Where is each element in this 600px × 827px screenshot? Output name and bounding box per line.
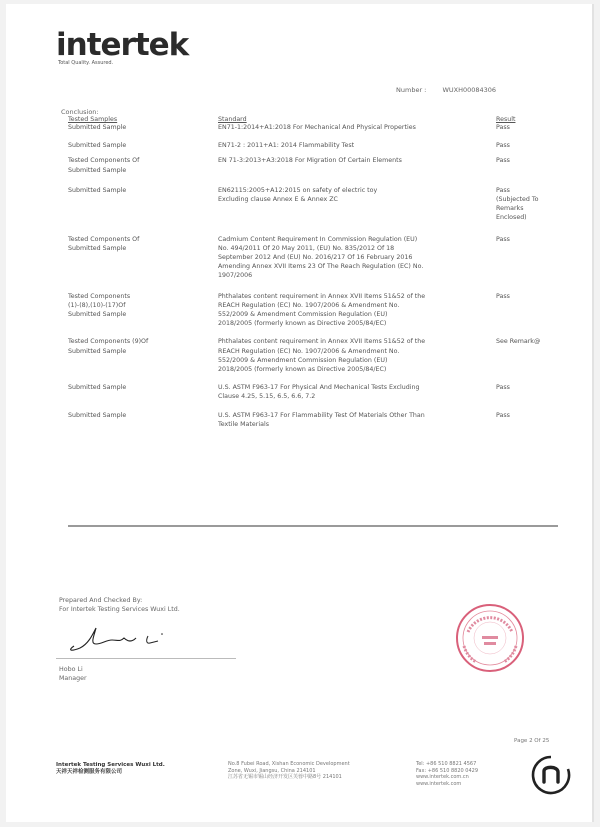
table-body: Submitted SampleEN71-1:2014+A1:2018 For … [68,123,558,429]
intertek-logo: intertek Total Quality. Assured. [56,28,188,66]
sample-cell: Tested Components Of Submitted Sample [68,156,218,174]
standard-cell: EN71-2 : 2011+A1: 2014 Flammability Test [218,141,496,150]
footer-company: Intertek Testing Services Wuxi Ltd. 天祥天祥… [56,762,165,775]
prepared-line-2: For Intertek Testing Services Wuxi Ltd. [59,605,180,614]
header-tested-samples: Tested Samples [68,116,218,123]
result-cell: Pass [496,383,558,401]
sample-cell: Tested Components (1)-(8),(10)-(17)Of Su… [68,292,218,329]
standard-cell: U.S. ASTM F963-17 For Physical And Mecha… [218,383,496,401]
report-number-label: Number : [396,86,426,94]
result-cell: See Remark@ [496,337,558,374]
signature-rule [56,658,236,659]
contact-web[interactable]: www.intertek.com [416,781,478,788]
table-row: Submitted SampleEN71-2 : 2011+A1: 2014 F… [68,141,558,150]
table-row: Submitted SampleEN62115:2005+A12:2015 on… [68,186,558,223]
sample-cell: Tested Components (9)Of Submitted Sample [68,337,218,374]
result-cell: Pass [496,235,558,281]
sample-cell: Submitted Sample [68,383,218,401]
table-row: Submitted SampleU.S. ASTM F963-17 For Ph… [68,383,558,401]
sample-cell: Tested Components Of Submitted Sample [68,235,218,281]
address-line-1: No.8 Fubei Road, Xishan Economic Develop… [228,761,350,768]
footer-contact: Tel: +86 510 8821 4567 Fax: +86 510 8820… [416,761,478,787]
standard-cell: Phthalates content requirement in Annex … [218,292,496,329]
intertek-in-logo-icon [530,754,572,796]
footer-address: No.8 Fubei Road, Xishan Economic Develop… [228,761,350,781]
report-number: Number : WUXH00084306 [396,86,496,94]
table-row: Tested Components Of Submitted SampleEN … [68,156,558,174]
sample-cell: Submitted Sample [68,123,218,132]
sample-cell: Submitted Sample [68,141,218,150]
header-standard: Standard [218,116,496,123]
result-cell: Pass [496,156,558,174]
prepared-by: Prepared And Checked By: For Intertek Te… [59,596,180,614]
footer-company-cn: 天祥天祥检测服务有限公司 [56,769,165,776]
company-seal-icon [454,602,526,674]
result-cell: Pass [496,123,558,132]
signature-icon [66,624,176,652]
sample-cell: Submitted Sample [68,186,218,223]
page-number: Page 2 Of 25 [514,738,549,744]
standard-cell: Cadmium Content Requirement In Commissio… [218,235,496,281]
contact-web-cn[interactable]: www.intertek.com.cn [416,774,478,781]
table-row: Tested Components (1)-(8),(10)-(17)Of Su… [68,292,558,329]
signer-name: Hobo Li [59,665,87,674]
table-row: Submitted SampleU.S. ASTM F963-17 For Fl… [68,411,558,429]
table-row: Tested Components (9)Of Submitted Sample… [68,337,558,374]
table-bottom-rule [68,525,558,527]
signer-title: Manager [59,674,87,683]
result-cell: Pass (Subjected To Remarks Enclosed) [496,186,558,223]
address-line-3: 江苏省无锡市锡山经济开发区芙蓉中路8号 214101 [228,774,350,781]
conclusion-label: Conclusion: [61,108,99,116]
prepared-line-1: Prepared And Checked By: [59,596,180,605]
result-cell: Pass [496,411,558,429]
result-cell: Pass [496,141,558,150]
standard-cell: Phthalates content requirement in Annex … [218,337,496,374]
brand-name: intertek [56,28,188,62]
footer-company-en: Intertek Testing Services Wuxi Ltd. [56,762,165,769]
signer: Hobo Li Manager [59,665,87,683]
result-cell: Pass [496,292,558,329]
report-page: intertek Total Quality. Assured. Number … [6,4,594,822]
standard-cell: U.S. ASTM F963-17 For Flammability Test … [218,411,496,429]
results-table: Tested Samples Standard Result Submitted… [68,116,558,429]
standard-cell: EN71-1:2014+A1:2018 For Mechanical And P… [218,123,496,132]
contact-tel: Tel: +86 510 8821 4567 [416,761,478,768]
standard-cell: EN 71-3:2013+A3:2018 For Migration Of Ce… [218,156,496,174]
report-number-value: WUXH00084306 [442,86,496,94]
table-row: Submitted SampleEN71-1:2014+A1:2018 For … [68,123,558,132]
table-row: Tested Components Of Submitted SampleCad… [68,235,558,281]
table-header: Tested Samples Standard Result [68,116,558,123]
header-result: Result [496,116,558,123]
sample-cell: Submitted Sample [68,411,218,429]
standard-cell: EN62115:2005+A12:2015 on safety of elect… [218,186,496,223]
